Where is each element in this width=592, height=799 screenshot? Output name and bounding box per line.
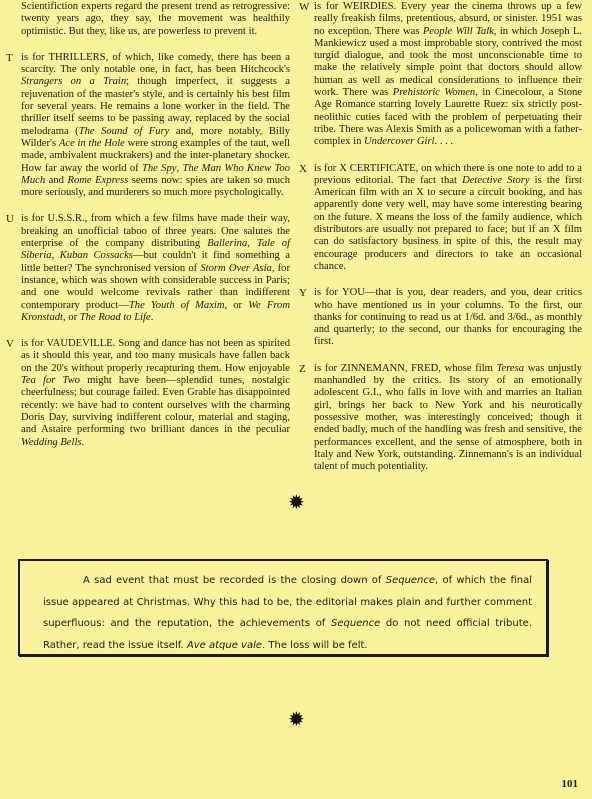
- text-run: is for THRILLERS, of which, like comedy,…: [21, 52, 290, 75]
- text-run: , or: [63, 312, 80, 323]
- film-title: Tea for Two: [21, 375, 80, 386]
- film-title: Ace in the Hole: [59, 138, 125, 149]
- film-title: Teresa: [497, 363, 524, 374]
- film-title: Ballerina: [207, 238, 247, 249]
- asterisk-ornament-icon: ✹: [288, 709, 305, 729]
- text-run: is for VAUDEVILLE. Song and dance has no…: [21, 338, 290, 374]
- film-title: Sequence: [386, 575, 435, 586]
- text-run: .: [151, 312, 154, 323]
- film-title: Detective Story: [462, 175, 529, 186]
- glossary-entry-y: Yis for YOU—that is you, dear readers, a…: [299, 287, 582, 348]
- text-run: .: [82, 437, 85, 448]
- film-title: Rome Express: [67, 175, 128, 186]
- film-title: Sequence: [331, 618, 380, 629]
- text-run: , or: [225, 300, 249, 311]
- entry-letter: W: [299, 1, 309, 13]
- film-title: The Road to Life: [80, 312, 151, 323]
- entry-letter: Y: [299, 287, 307, 299]
- entry-letter: U: [6, 213, 14, 225]
- film-title: The Spy: [142, 163, 177, 174]
- text-run: is for YOU—that is you, dear readers, an…: [314, 287, 582, 347]
- text-run: . The loss will be felt.: [262, 640, 368, 651]
- glossary-entry-u: Uis for U.S.S.R., from which a few films…: [6, 213, 290, 324]
- entry-letter: V: [6, 338, 14, 350]
- glossary-entry-w: Wis for WEIRDIES. Every year the cinema …: [299, 1, 582, 149]
- left-entries: Tis for THRILLERS, of which, like comedy…: [6, 52, 290, 449]
- asterisk-ornament-icon: ✹: [288, 492, 305, 512]
- text-run: is for ZINNEMANN, FRED, whose film: [314, 363, 497, 374]
- magazine-page: Scientifiction experts regard the presen…: [0, 0, 592, 799]
- film-title: Storm Over Asia: [200, 263, 271, 274]
- film-title: Kuban Cossacks: [60, 250, 133, 261]
- continuation-paragraph: Scientifiction experts regard the presen…: [6, 1, 290, 38]
- glossary-entry-x: Xis for X CERTIFICATE, on which there is…: [299, 163, 582, 274]
- right-column: Wis for WEIRDIES. Every year the cinema …: [299, 1, 582, 487]
- notice-text: A sad event that must be recorded is the…: [43, 570, 532, 656]
- glossary-entry-v: Vis for VAUDEVILLE. Song and dance has n…: [6, 338, 290, 449]
- text-run: is the first American film with an X to …: [314, 175, 582, 272]
- entry-letter: T: [6, 52, 13, 64]
- text-run: ,: [247, 238, 257, 249]
- page-number: 101: [562, 778, 579, 790]
- film-title: Ave atque vale: [187, 640, 262, 651]
- text-run: . . . .: [435, 136, 454, 147]
- text-run: A sad event that must be recorded is the…: [83, 575, 386, 586]
- film-title: Strangers on a Train: [21, 76, 126, 87]
- text-run: and: [45, 175, 67, 186]
- film-title: People Will Talk: [423, 26, 494, 37]
- film-title: Prehistoric Women: [393, 87, 476, 98]
- left-column: Scientifiction experts regard the presen…: [6, 1, 290, 463]
- glossary-entry-t: Tis for THRILLERS, of which, like comedy…: [6, 52, 290, 200]
- text-run: ,: [52, 250, 60, 261]
- film-title: Wedding Bells: [21, 437, 82, 448]
- entry-letter: Z: [299, 363, 306, 375]
- film-title: The Youth of Maxim: [129, 300, 225, 311]
- film-title: The Sound of Fury: [79, 126, 170, 137]
- film-title: Undercover Girl: [364, 136, 435, 147]
- glossary-entry-z: Zis for ZINNEMANN, FRED, whose film Tere…: [299, 363, 582, 474]
- entry-letter: X: [299, 163, 307, 175]
- right-entries: Wis for WEIRDIES. Every year the cinema …: [299, 1, 582, 473]
- text-run: was unjustly manhandled by the critics. …: [314, 363, 582, 472]
- sequence-closing-notice: A sad event that must be recorded is the…: [18, 559, 548, 656]
